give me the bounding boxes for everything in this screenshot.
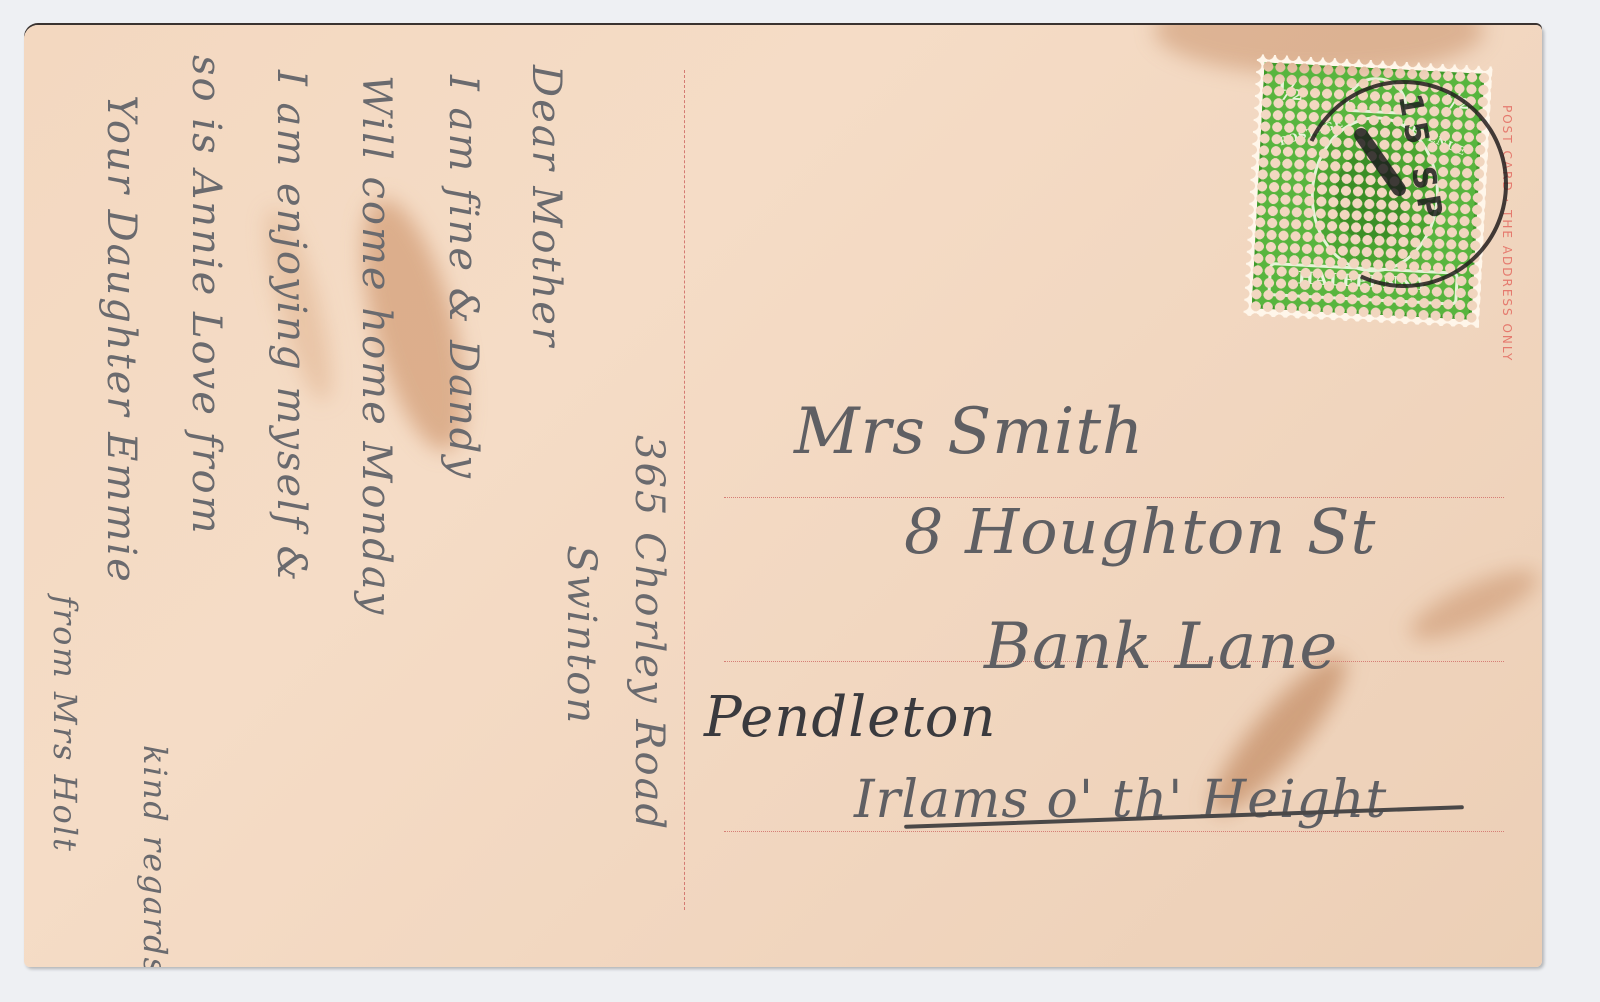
message-line-5: so is Annie Love from (183, 55, 229, 536)
recipient-town-correction: Pendleton (704, 685, 997, 750)
stamp-denomination-left: ½ (1275, 76, 1304, 107)
message-line-1: Dear Mother (523, 65, 569, 348)
message-line-2: I am fine & Dandy (440, 75, 486, 480)
message-line-7: kind regards (136, 745, 174, 967)
recipient-district: Bank Lane (984, 610, 1338, 684)
message-line-4: I am enjoying myself & (268, 70, 314, 583)
center-divider-line (684, 70, 685, 910)
message-line-3: Will come home Monday (353, 75, 399, 616)
printed-edge-text: POST CARD · THE ADDRESS ONLY (1500, 105, 1514, 362)
return-address-line2: Swinton (558, 545, 604, 725)
recipient-name: Mrs Smith (794, 395, 1144, 469)
address-rule-3 (724, 831, 1504, 832)
return-address-line1: 365 Chorley Road (626, 435, 672, 831)
stain-right-edge (1402, 557, 1542, 652)
message-line-6: Your Daughter Emmie (98, 95, 144, 584)
recipient-street: 8 Houghton St (904, 495, 1376, 568)
message-line-8: from Mrs Holt (46, 595, 84, 853)
